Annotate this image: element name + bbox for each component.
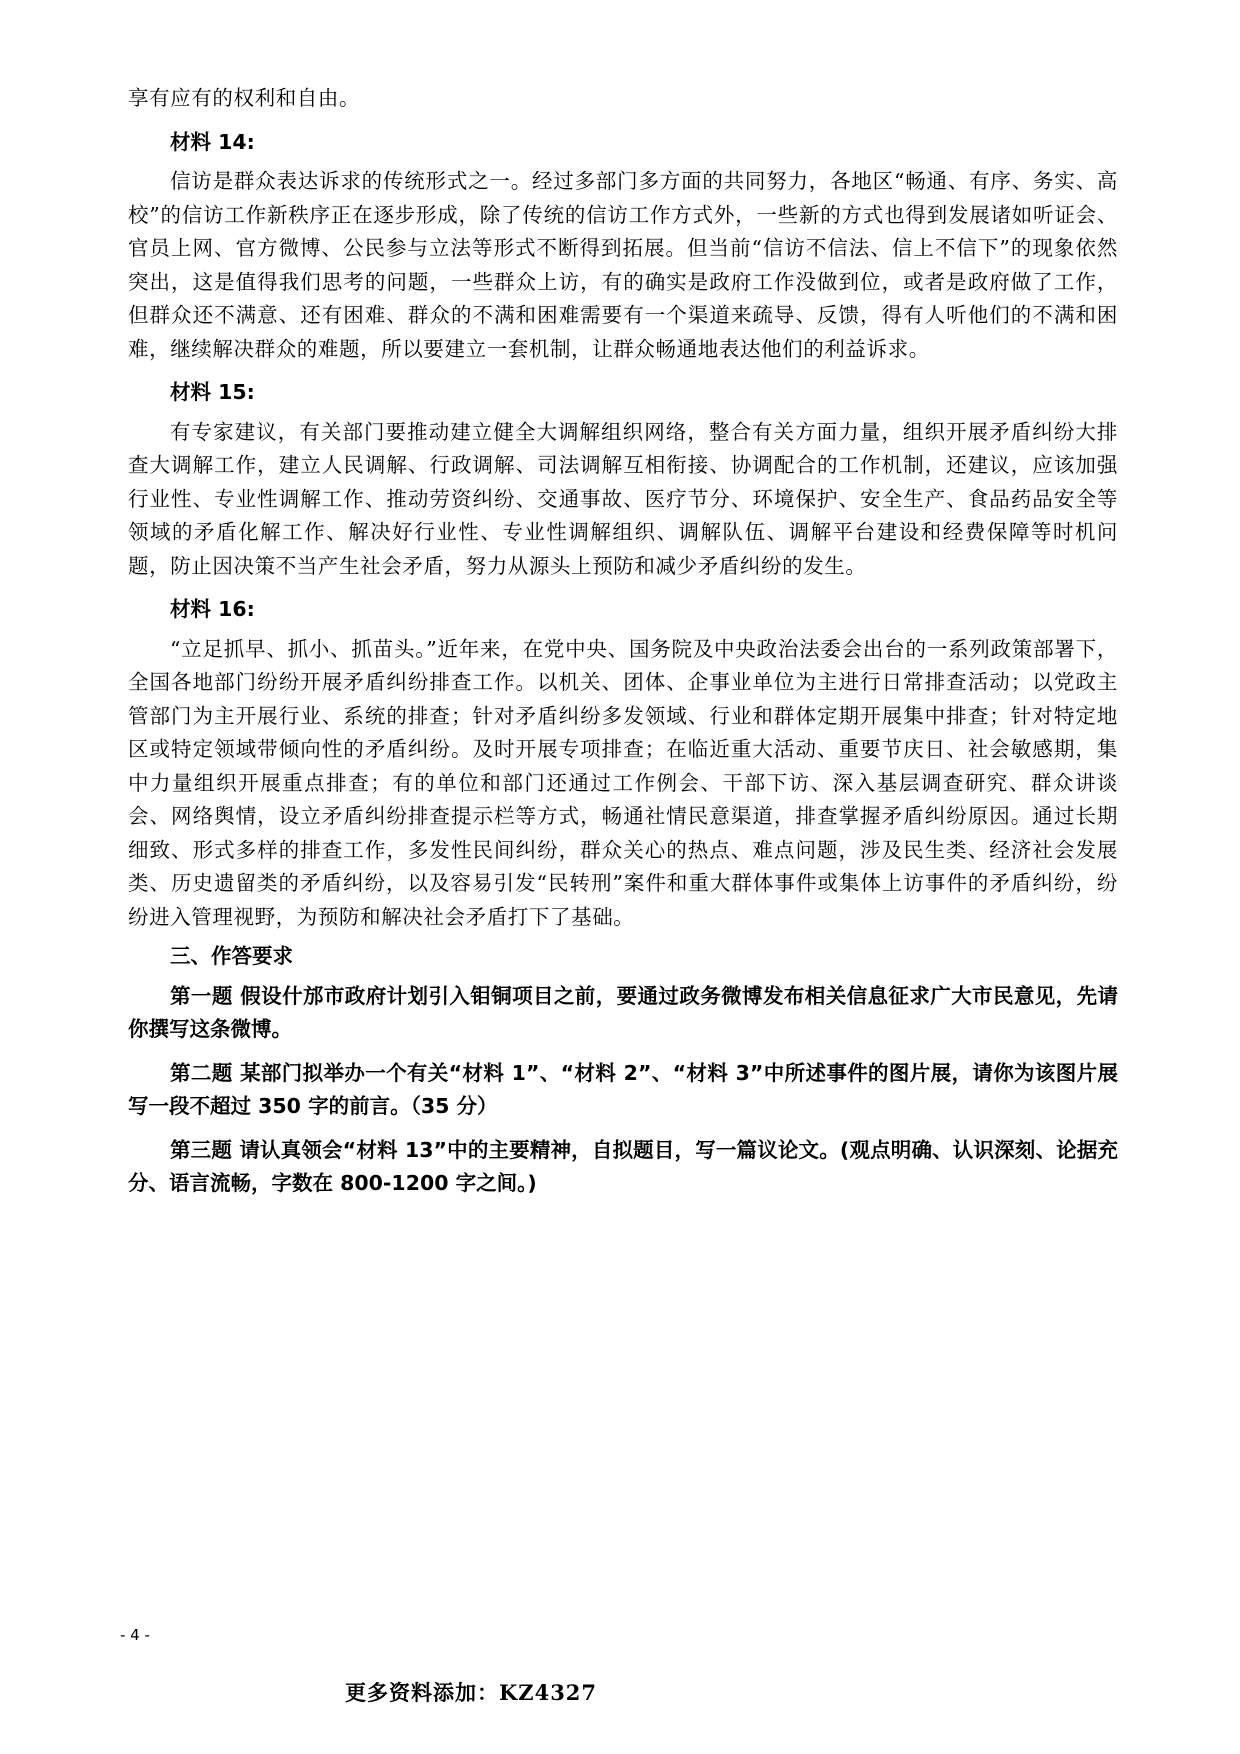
question-3: 第三题 请认真领会“材料 13”中的主要精神，自拟题目，写一篇议论文。(观点明确… [128,1134,1118,1201]
requirements-title: 三、作答要求 [128,940,1118,974]
question-2: 第二题 某部门拟举办一个有关“材料 1”、“材料 2”、“材料 3”中所述事件的… [128,1057,1118,1124]
question-1: 第一题 假设什邡市政府计划引入钼铜项目之前，要通过政务微博发布相关信息征求广大市… [128,980,1118,1047]
continuation-text: 享有应有的权利和自由。 [128,82,1118,116]
material-16-body: “立足抓早、抓小、抓苗头。”近年来，在党中央、国务院及中央政治法委会出台的一系列… [128,633,1118,935]
page-number: - 4 - [120,1626,150,1644]
document-page: 享有应有的权利和自由。 材料 14: 信访是群众表达诉求的传统形式之一。经过多部… [128,82,1118,1211]
material-14-heading: 材料 14: [128,126,1118,160]
footer-note: 更多资料添加：KZ4327 [345,1677,597,1707]
material-14-body: 信访是群众表达诉求的传统形式之一。经过多部门多方面的共同努力，各地区“畅通、有序… [128,165,1118,366]
material-16-heading: 材料 16: [128,593,1118,627]
material-15-heading: 材料 15: [128,376,1118,410]
material-15-body: 有专家建议，有关部门要推动建立健全大调解组织网络，整合有关方面力量，组织开展矛盾… [128,416,1118,584]
